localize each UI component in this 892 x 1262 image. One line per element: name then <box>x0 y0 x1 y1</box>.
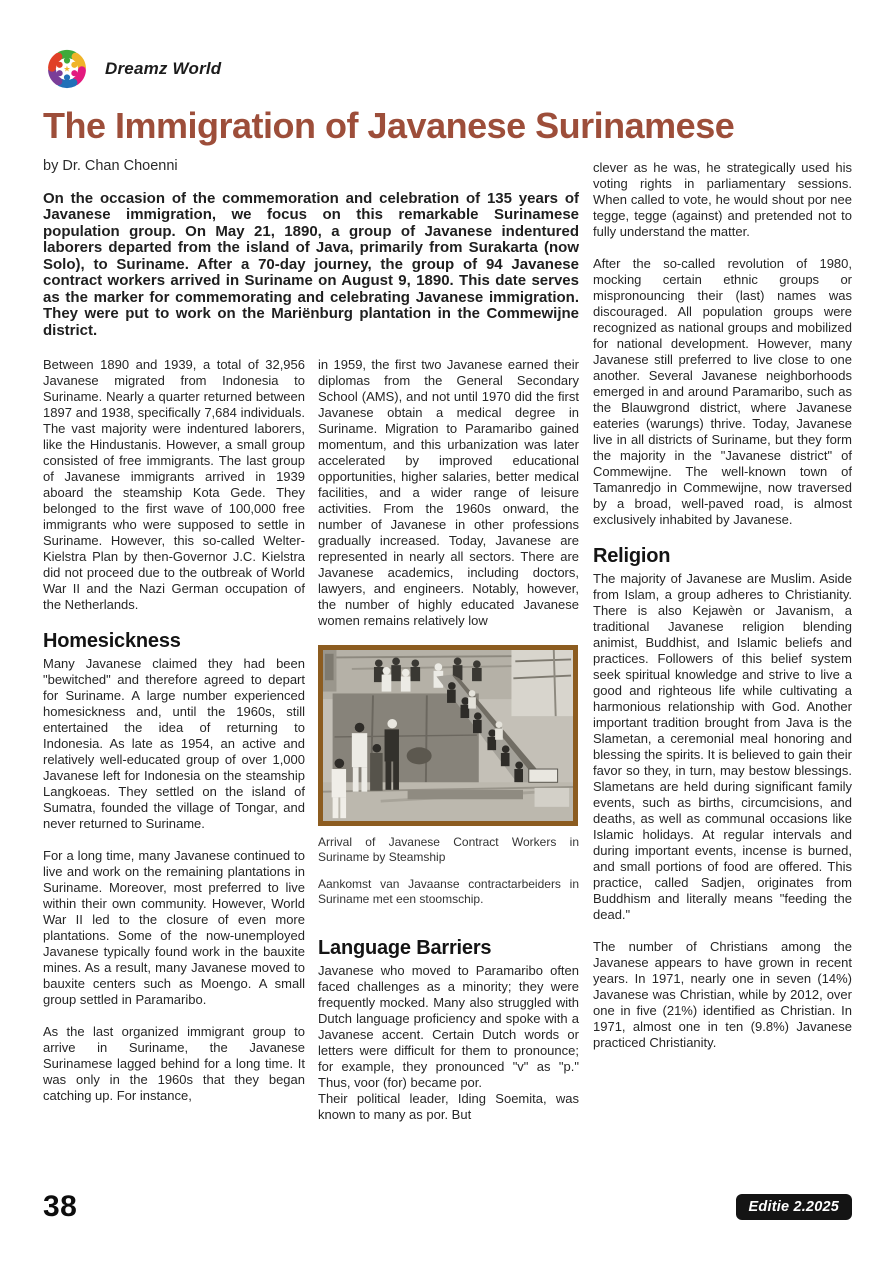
byline: by Dr. Chan Choenni <box>43 158 579 174</box>
paragraph: Between 1890 and 1939, a total of 32,956… <box>43 357 305 613</box>
photo-arrival-steamship <box>318 645 578 826</box>
edition-badge: Editie 2.2025 <box>736 1194 852 1220</box>
dreamz-world-logo-icon: ★ <box>43 45 91 93</box>
brand-name: Dreamz World <box>105 59 221 79</box>
photo-caption-dutch: Aankomst van Javaanse contractarbeiders … <box>318 877 579 907</box>
paragraph: Many Javanese claimed they had been "bew… <box>43 656 305 832</box>
magazine-page: ★ Dreamz World The Immigration of Javane… <box>0 0 892 1262</box>
page-number: 38 <box>43 1190 77 1224</box>
photo-caption-english: Arrival of Javanese Contract Workers in … <box>318 835 579 865</box>
column-2: in 1959, the first two Javanese earned t… <box>318 357 579 1123</box>
two-column-row: Between 1890 and 1939, a total of 32,956… <box>43 357 579 1123</box>
svg-text:★: ★ <box>63 65 70 74</box>
page-footer: 38 Editie 2.2025 <box>43 1190 852 1224</box>
heading-religion: Religion <box>593 544 852 568</box>
paragraph: clever as he was, he strategically used … <box>593 160 852 240</box>
paragraph: Their political leader, Iding Soemita, w… <box>318 1091 579 1123</box>
paragraph: As the last organized immigrant group to… <box>43 1024 305 1104</box>
paragraph: The number of Christians among the Javan… <box>593 939 852 1051</box>
paragraph: Javanese who moved to Paramaribo often f… <box>318 963 579 1091</box>
paragraph: After the so-called revolution of 1980, … <box>593 256 852 528</box>
column-1: Between 1890 and 1939, a total of 32,956… <box>43 357 305 1123</box>
heading-homesickness: Homesickness <box>43 629 305 653</box>
brand-row: ★ Dreamz World <box>43 45 852 93</box>
heading-language-barriers: Language Barriers <box>318 936 579 960</box>
article-body: by Dr. Chan Choenni On the occasion of t… <box>43 158 852 1123</box>
paragraph: in 1959, the first two Javanese earned t… <box>318 357 579 629</box>
column-3: clever as he was, he strategically used … <box>593 158 852 1123</box>
paragraph: For a long time, many Javanese continued… <box>43 848 305 1008</box>
steamship-photo-illustration <box>323 650 573 821</box>
page-header: ★ Dreamz World The Immigration of Javane… <box>43 45 852 147</box>
page-title: The Immigration of Javanese Surinamese <box>43 105 852 147</box>
left-two-column-block: by Dr. Chan Choenni On the occasion of t… <box>43 158 579 1123</box>
paragraph: The majority of Javanese are Muslim. Asi… <box>593 571 852 923</box>
intro-paragraph: On the occasion of the commemoration and… <box>43 191 579 339</box>
